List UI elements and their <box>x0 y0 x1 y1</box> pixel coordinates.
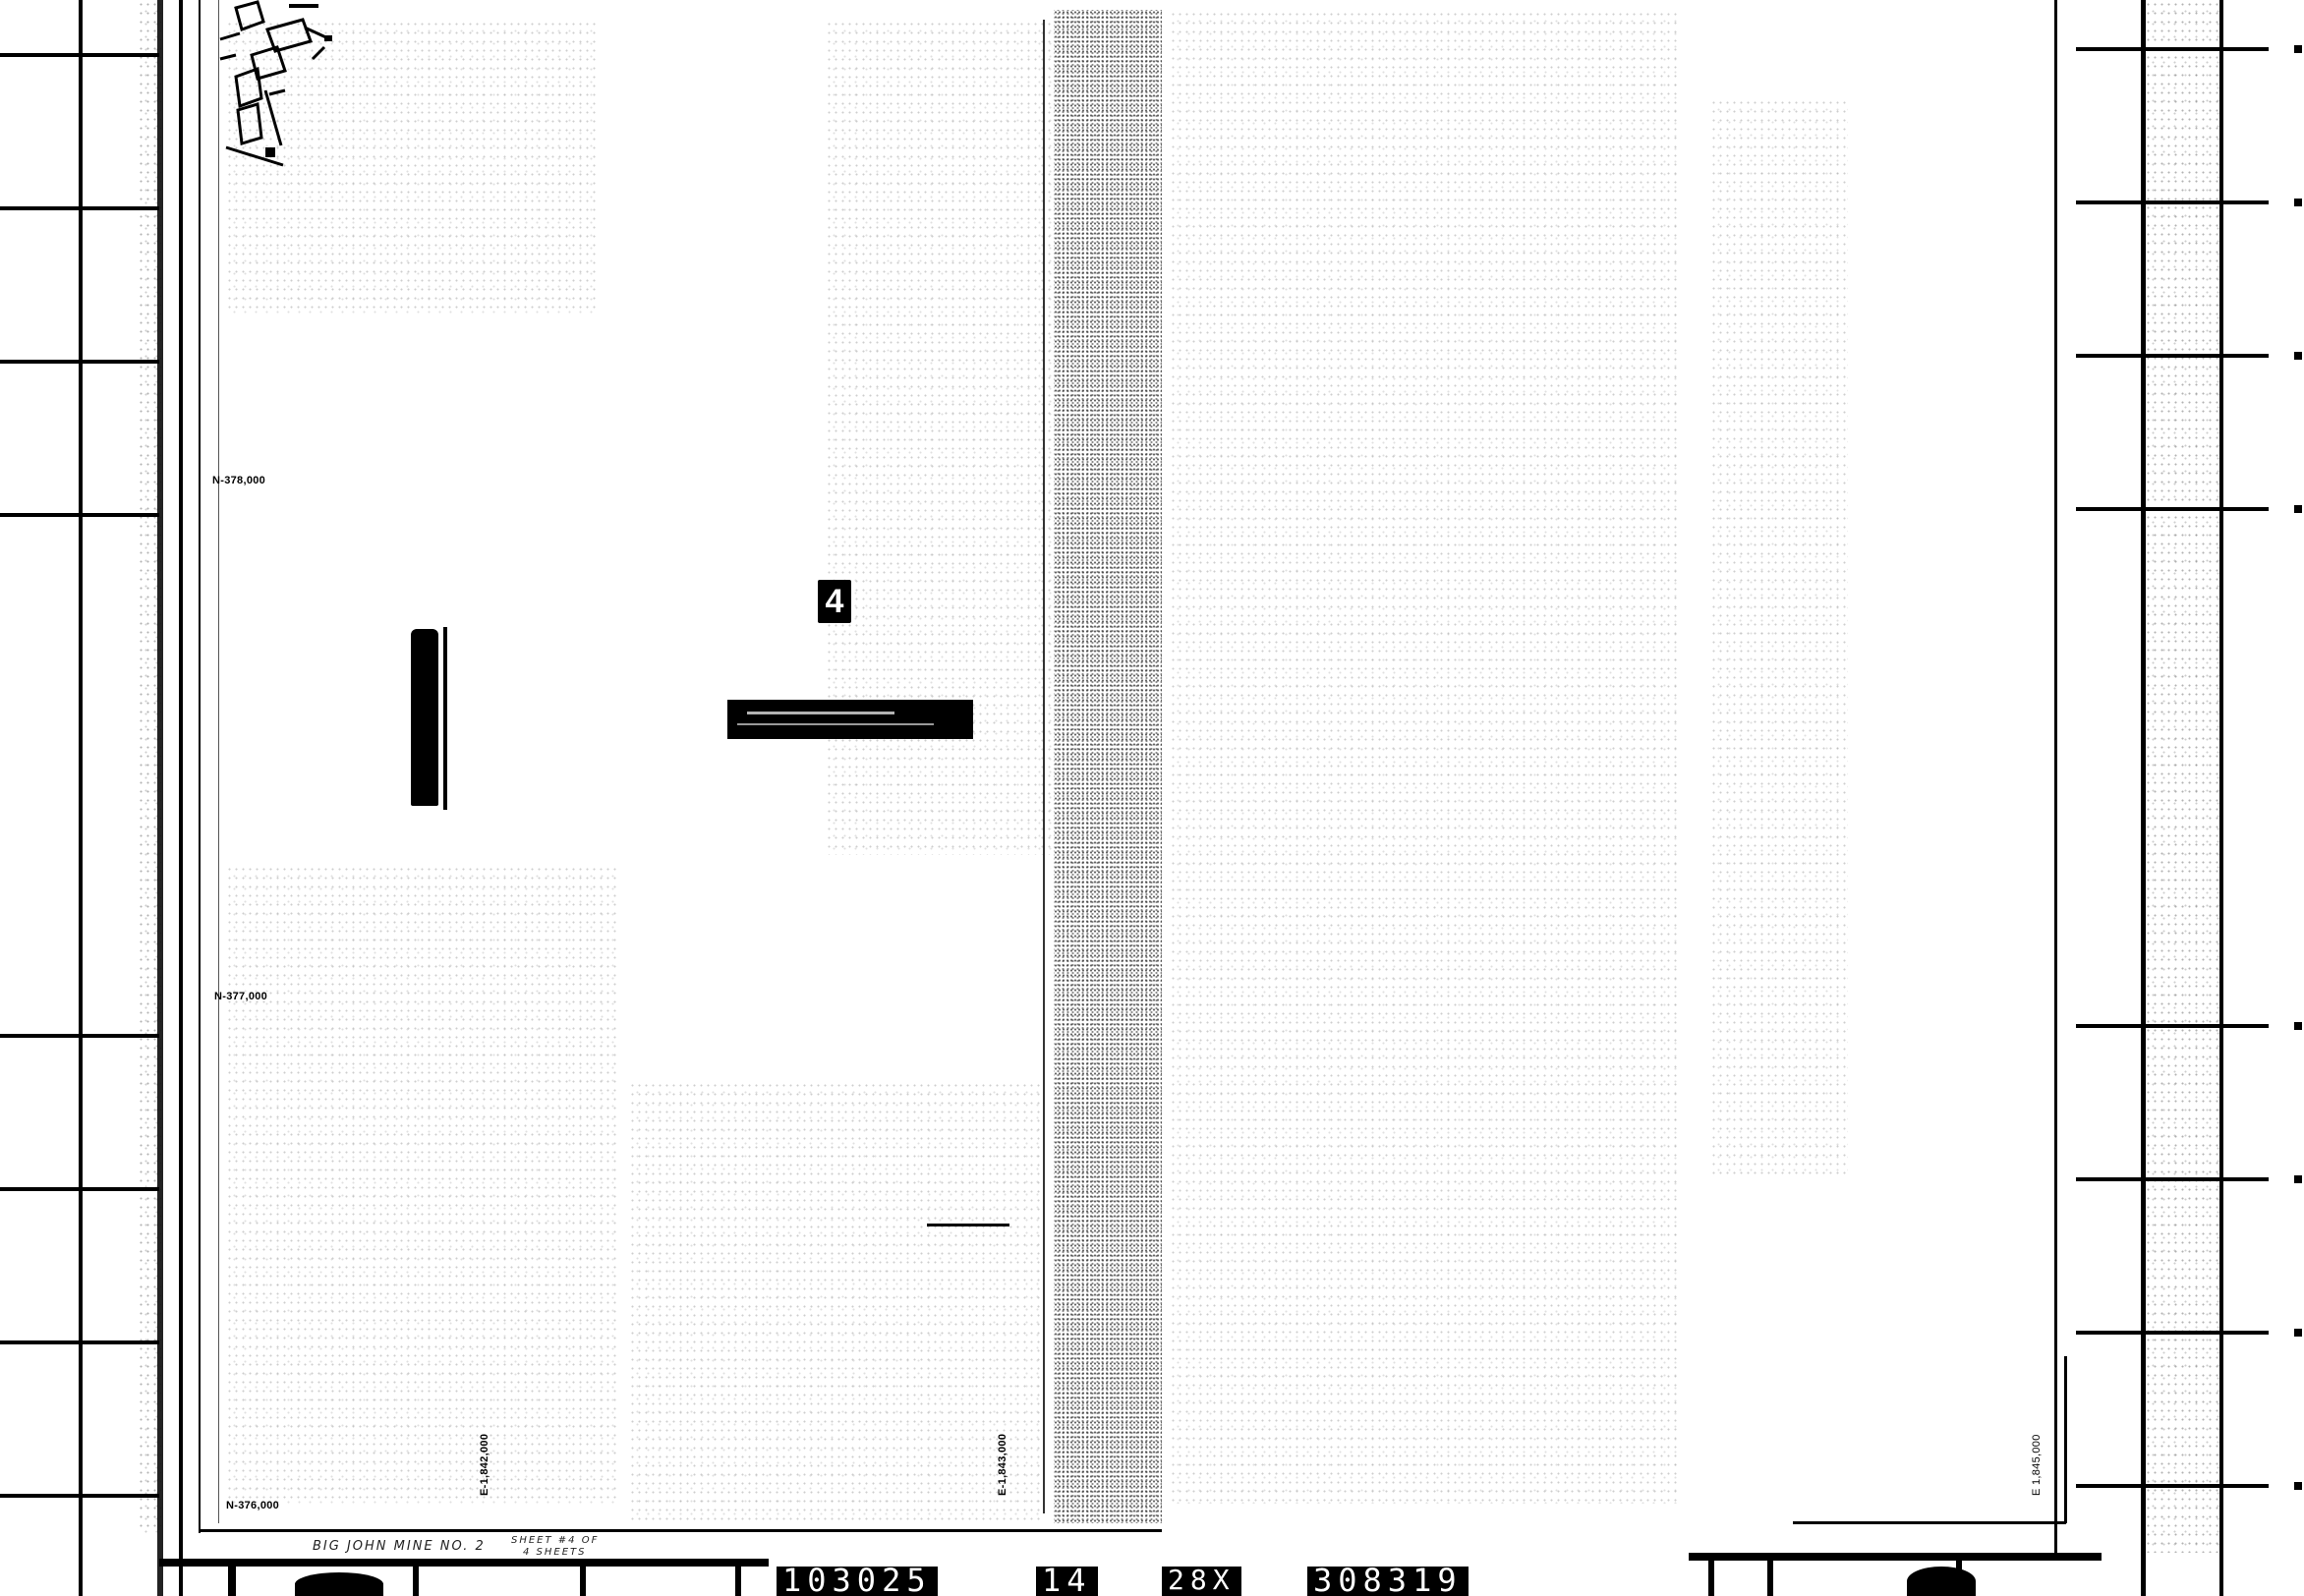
bottom-tick <box>413 1563 419 1596</box>
grid-line <box>0 53 159 57</box>
short-line-mark <box>927 1224 1009 1226</box>
street-map-sketch-icon <box>206 0 354 197</box>
scan-noise <box>226 865 619 1504</box>
bottom-grid-line <box>1689 1553 2102 1561</box>
bottom-tick <box>580 1563 586 1596</box>
frame-border <box>2054 0 2057 1553</box>
edge-tick <box>2294 199 2302 206</box>
card-code-1: 103025 <box>777 1567 938 1596</box>
grid-line <box>0 1187 159 1191</box>
scan-noise <box>1170 10 1681 1504</box>
sheet-border-bottom <box>199 1529 1162 1532</box>
drawing-title: BIG JOHN MINE NO. 2 <box>313 1539 486 1554</box>
northing-label: N-377,000 <box>214 991 267 1002</box>
grid-line <box>0 1494 159 1498</box>
card-code-4: 308319 <box>1307 1567 1469 1596</box>
card-code-3: 28X <box>1162 1567 1241 1596</box>
edge-tick <box>2294 1175 2302 1183</box>
vertical-dark-feature-line <box>443 627 447 810</box>
edge-tick <box>2294 1022 2302 1030</box>
grid-line <box>0 360 159 364</box>
bottom-tick <box>735 1563 741 1596</box>
scan-noise <box>138 0 161 1533</box>
edge-tick <box>2294 505 2302 513</box>
sheet-count-note-1: SHEET #4 OF <box>511 1535 599 1546</box>
punch-hole-shadow <box>1907 1567 1976 1596</box>
sheet-number-badge: 4 <box>818 580 851 623</box>
edge-tick <box>2294 45 2302 53</box>
scan-noise <box>629 1081 1042 1523</box>
grid-line <box>0 206 159 210</box>
dark-scan-band <box>1054 10 1162 1523</box>
bottom-tick <box>1767 1557 1773 1596</box>
punch-hole-shadow <box>295 1572 383 1596</box>
vertical-dark-feature <box>411 629 438 806</box>
grid-line <box>79 0 83 1596</box>
edge-tick <box>2294 352 2302 360</box>
easting-label: E-1,843,000 <box>997 1434 1008 1496</box>
sheet-border-bottom-right <box>1793 1521 2066 1524</box>
inner-border-left <box>218 0 219 1523</box>
bottom-grid-line <box>159 1559 769 1567</box>
northing-label: N-378,000 <box>212 475 265 486</box>
grid-line <box>0 1340 159 1344</box>
frame-border <box>179 0 183 1596</box>
card-code-2: 14 <box>1036 1567 1098 1596</box>
scan-noise <box>1710 98 1848 1179</box>
scan-noise <box>2145 0 2223 1553</box>
grid-line <box>0 513 159 517</box>
grid-line <box>0 1034 159 1038</box>
sheet-border-left <box>199 0 201 1533</box>
bottom-tick <box>1708 1557 1714 1596</box>
northing-label: N-376,000 <box>226 1500 279 1511</box>
redacted-label-bar <box>727 700 973 739</box>
edge-tick <box>2294 1329 2302 1337</box>
sheet-border-right <box>2064 1356 2067 1523</box>
easting-label: E-1,842,000 <box>479 1434 490 1496</box>
easting-label: E 1,845,000 <box>2031 1434 2043 1496</box>
edge-tick <box>2294 1482 2302 1490</box>
sheet-count-note-2: 4 SHEETS <box>523 1547 587 1558</box>
bottom-tick <box>228 1563 236 1596</box>
